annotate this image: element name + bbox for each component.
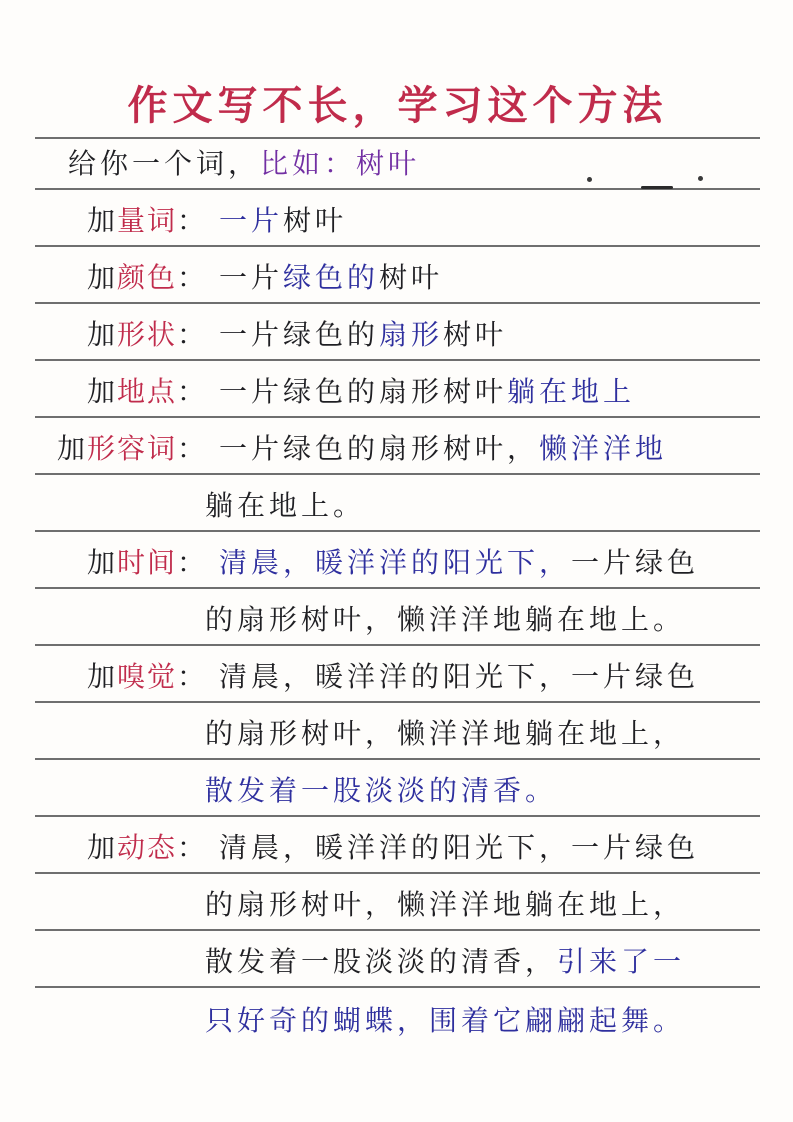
content-text: 一片绿色	[571, 546, 699, 579]
ink-speck	[587, 177, 592, 182]
content-text: 引来了一	[557, 945, 685, 978]
content-text: 只好奇的蝴蝶，围着它翩翩起舞。	[205, 1004, 685, 1037]
row-content: 只好奇的蝴蝶，围着它翩翩起舞。	[205, 999, 685, 1039]
row-label: 加地点：	[35, 370, 207, 410]
content-text: 扇形	[379, 318, 443, 351]
label-row: 加形容词：一片绿色的扇形树叶，懒洋洋地	[35, 418, 760, 475]
row-content: 一片绿色的树叶	[207, 256, 443, 296]
content-text: 懒洋洋地	[539, 432, 667, 465]
label-text: ：	[177, 375, 207, 408]
label-text: ：	[177, 546, 207, 579]
content-text: 清晨，暖洋洋的阳光下，一片绿色	[219, 660, 699, 693]
label-text: ：	[177, 261, 207, 294]
row-content: 的扇形树叶，懒洋洋地躺在地上。	[205, 598, 685, 638]
label-text: 加	[87, 204, 117, 237]
content-text: 清晨，暖洋洋的阳光下，	[219, 546, 571, 579]
row-content: 的扇形树叶，懒洋洋地躺在地上，	[205, 883, 685, 923]
row-content: 一片绿色的扇形树叶，懒洋洋地	[207, 427, 667, 467]
row-label: 加动态：	[35, 826, 207, 866]
row-content: 散发着一股淡淡的清香，引来了一	[205, 940, 685, 980]
row-label: 加颜色：	[35, 256, 207, 296]
row-content: 清晨，暖洋洋的阳光下，一片绿色	[207, 826, 699, 866]
label-row: 加动态：清晨，暖洋洋的阳光下，一片绿色	[35, 817, 760, 874]
row-label: 加嗅觉：	[35, 655, 207, 695]
worksheet-page: 作文写不长，学习这个方法 给你一个词，比如：树叶加量词：一片树叶加颜色：一片绿色…	[0, 0, 793, 1122]
content-text: 躺在地上。	[205, 489, 365, 522]
row-content: 清晨，暖洋洋的阳光下，一片绿色	[207, 655, 699, 695]
content-text: 一片绿色的扇形树叶，	[219, 432, 539, 465]
content-text: 躺在地上	[507, 375, 635, 408]
label-text: ：	[177, 831, 207, 864]
label-text: ：	[177, 318, 207, 351]
text-rows: 给你一个词，比如：树叶加量词：一片树叶加颜色：一片绿色的树叶加形状：一片绿色的扇…	[35, 139, 760, 1045]
row-content: 一片树叶	[207, 199, 347, 239]
content-text: 树叶	[379, 261, 443, 294]
row-label: 加量词：	[35, 199, 207, 239]
row-content: 的扇形树叶，懒洋洋地躺在地上，	[205, 712, 685, 752]
label-row: 加地点：一片绿色的扇形树叶躺在地上	[35, 361, 760, 418]
content-text: 树叶	[443, 318, 507, 351]
label-text: 加	[87, 831, 117, 864]
continuation-row: 躺在地上。	[35, 475, 760, 532]
continuation-row: 的扇形树叶，懒洋洋地躺在地上，	[35, 874, 760, 931]
row-content: 清晨，暖洋洋的阳光下，一片绿色	[207, 541, 699, 581]
label-text: 地点	[117, 375, 177, 408]
content-text: 的扇形树叶，懒洋洋地躺在地上，	[205, 717, 685, 750]
row-label: 加时间：	[35, 541, 207, 581]
label-text: ：	[177, 432, 207, 465]
content-text: 的扇形树叶，懒洋洋地躺在地上。	[205, 603, 685, 636]
intro-row: 给你一个词，比如：树叶	[35, 139, 760, 190]
continuation-row: 散发着一股淡淡的清香，引来了一	[35, 931, 760, 988]
row-content: 一片绿色的扇形树叶躺在地上	[207, 370, 635, 410]
label-row: 加时间：清晨，暖洋洋的阳光下，一片绿色	[35, 532, 760, 589]
content-text: 的扇形树叶，懒洋洋地躺在地上，	[205, 888, 685, 921]
content-text: 一片绿色的	[219, 318, 379, 351]
page-title: 作文写不长，学习这个方法	[35, 0, 760, 139]
content-text: 散发着一股淡淡的清香。	[205, 774, 557, 807]
continuation-row: 散发着一股淡淡的清香。	[35, 760, 760, 817]
label-row: 加嗅觉：清晨，暖洋洋的阳光下，一片绿色	[35, 646, 760, 703]
label-text: ：	[177, 660, 207, 693]
content-text: 给你一个词，	[68, 147, 260, 180]
label-text: 量词	[117, 204, 177, 237]
content-text: 一片	[219, 261, 283, 294]
content-text: 散发着一股淡淡的清香，	[205, 945, 557, 978]
label-text: 动态	[117, 831, 177, 864]
label-text: 嗅觉	[117, 660, 177, 693]
continuation-row: 只好奇的蝴蝶，围着它翩翩起舞。	[35, 988, 760, 1045]
row-label: 加形状：	[35, 313, 207, 353]
label-text: 颜色	[117, 261, 177, 294]
row-content: 一片绿色的扇形树叶	[207, 313, 507, 353]
label-text: 加	[57, 432, 87, 465]
content-text: 绿色的	[283, 261, 379, 294]
ink-speck	[698, 176, 703, 181]
ink-speck	[641, 186, 673, 189]
content-text: 一片	[219, 204, 283, 237]
label-text: 形容词	[87, 432, 177, 465]
row-label: 加形容词：	[35, 427, 207, 467]
label-text: 加	[87, 375, 117, 408]
label-text: 加	[87, 261, 117, 294]
label-row: 加形状：一片绿色的扇形树叶	[35, 304, 760, 361]
label-text: ：	[177, 204, 207, 237]
label-row: 加颜色：一片绿色的树叶	[35, 247, 760, 304]
label-text: 形状	[117, 318, 177, 351]
content-text: 比如：树叶	[260, 147, 420, 180]
content-text: 一片绿色的扇形树叶	[219, 375, 507, 408]
label-text: 加	[87, 318, 117, 351]
content-text: 树叶	[283, 204, 347, 237]
label-text: 加	[87, 660, 117, 693]
label-text: 加	[87, 546, 117, 579]
row-content: 躺在地上。	[205, 484, 365, 524]
label-text: 时间	[117, 546, 177, 579]
row-content: 散发着一股淡淡的清香。	[205, 769, 557, 809]
continuation-row: 的扇形树叶，懒洋洋地躺在地上。	[35, 589, 760, 646]
row-content: 给你一个词，比如：树叶	[68, 142, 420, 182]
label-row: 加量词：一片树叶	[35, 190, 760, 247]
continuation-row: 的扇形树叶，懒洋洋地躺在地上，	[35, 703, 760, 760]
content-text: 清晨，暖洋洋的阳光下，一片绿色	[219, 831, 699, 864]
